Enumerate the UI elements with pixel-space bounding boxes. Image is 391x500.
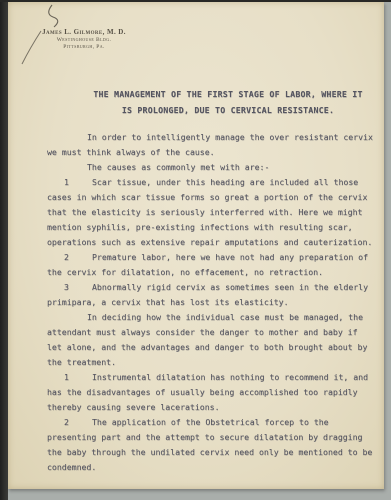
document-page: James L. Gilmore, M. D. Westinghouse Bld… — [8, 2, 384, 489]
body-paragraph: The causes as commonly met with are:- — [47, 160, 377, 175]
document-title: THE MANAGEMENT OF THE FIRST STAGE OF LAB… — [38, 86, 376, 118]
body-paragraph: 2The application of the Obstetrical forc… — [47, 415, 377, 475]
letterhead-building: Westinghouse Bldg. — [24, 37, 144, 43]
paragraph-number: 2 — [64, 415, 92, 430]
document-body: In order to intelligently manage the ove… — [47, 130, 377, 475]
letterhead: James L. Gilmore, M. D. Westinghouse Bld… — [24, 28, 144, 50]
scan-edge-shadow-left — [0, 0, 8, 500]
paragraph-number: 2 — [64, 250, 92, 265]
body-paragraph: 1Instrumental dilatation has nothing to … — [47, 370, 377, 415]
paragraph-number: 1 — [64, 370, 92, 385]
paragraph-number: 1 — [64, 175, 92, 190]
letterhead-name: James L. Gilmore, M. D. — [24, 28, 144, 36]
title-line-1: THE MANAGEMENT OF THE FIRST STAGE OF LAB… — [80, 86, 376, 102]
body-paragraph: In order to intelligently manage the ove… — [47, 130, 377, 160]
letterhead-city: Pittsburgh, Pa. — [24, 44, 144, 50]
title-line-2: IS PROLONGED, DUE TO CERVICAL RESISTANCE… — [80, 102, 376, 118]
body-paragraph: 2Premature labor, here we have not had a… — [47, 250, 377, 280]
body-paragraph: 3Abnormally rigid cervix as sometimes se… — [47, 280, 377, 310]
body-paragraph: 1Scar tissue, under this heading are inc… — [47, 175, 377, 250]
body-paragraph: In deciding how the individual case must… — [47, 310, 377, 370]
paragraph-number: 3 — [64, 280, 92, 295]
